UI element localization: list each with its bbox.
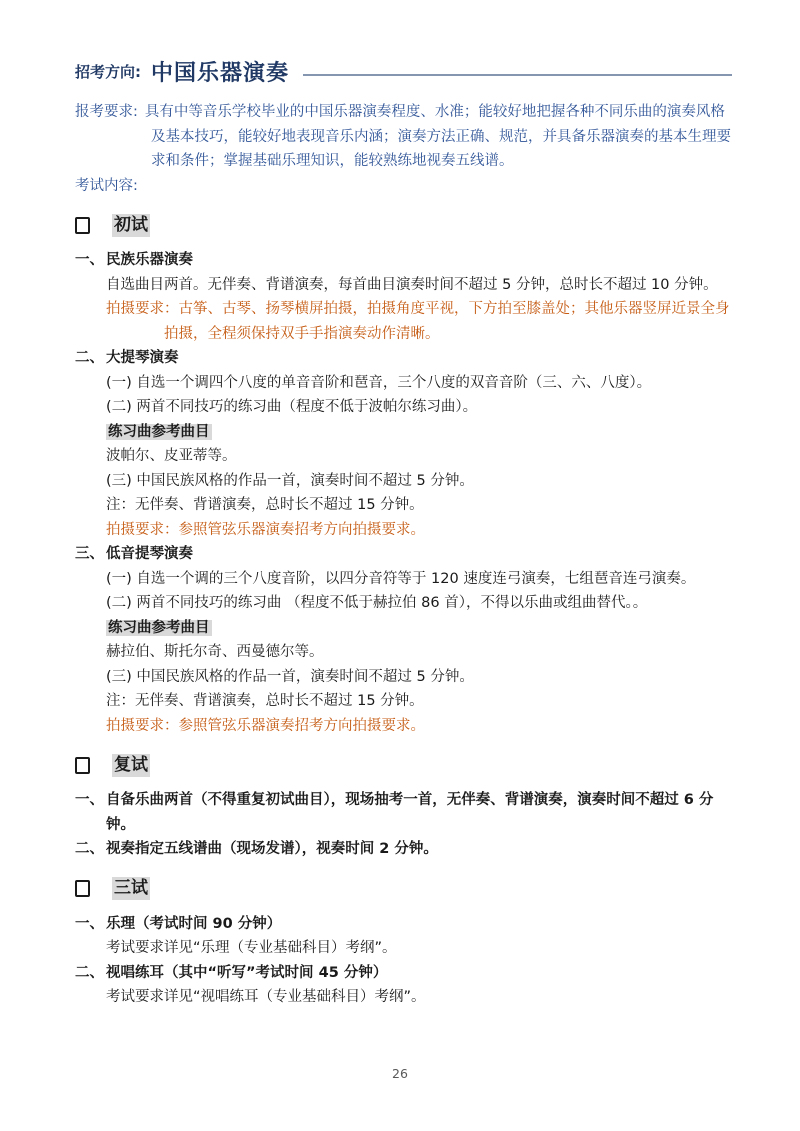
direction-title: 中国乐器演奏 <box>151 56 289 87</box>
body-line: 注：无伴奏、背谱演奏，总时长不超过 15 分钟。 <box>106 689 732 714</box>
exam-content-label: 考试内容: <box>75 174 732 199</box>
item-title: 民族乐器演奏 <box>106 248 732 273</box>
etude-reference-subheading: 练习曲参考曲目 <box>106 620 212 636</box>
body-line: (三) 中国民族风格的作品一首，演奏时间不超过 5 分钟。 <box>106 469 732 494</box>
body-line: (三) 中国民族风格的作品一首，演奏时间不超过 5 分钟。 <box>106 665 732 690</box>
item-title: 大提琴演奏 <box>106 346 732 371</box>
subheading-line: 练习曲参考曲目 <box>106 420 732 445</box>
third-round-item-sightsinging: 二、 视唱练耳（其中“听写”考试时间 45 分钟） <box>75 961 732 986</box>
body-line: (二) 两首不同技巧的练习曲（程度不低于波帕尔练习曲）。 <box>106 395 732 420</box>
item-heading-cello: 二、 大提琴演奏 <box>75 346 732 371</box>
body-line: (一) 自选一个调的三个八度音阶，以四分音符等于 120 速度连弓演奏，七组琶音… <box>106 567 732 592</box>
item-number: 一、 <box>75 248 106 273</box>
header-rule <box>303 74 732 76</box>
second-round-item-2: 二、 视奏指定五线谱曲（现场发谱），视奏时间 2 分钟。 <box>75 837 732 862</box>
shooting-requirement-line: 拍摄要求：参照管弦乐器演奏招考方向拍摄要求。 <box>106 714 732 739</box>
item-title: 视唱练耳（其中“听写”考试时间 45 分钟） <box>106 961 732 986</box>
shooting-requirement-line: 拍摄要求：参照管弦乐器演奏招考方向拍摄要求。 <box>106 518 732 543</box>
section-heading-first-round: 初试 <box>75 212 732 238</box>
body-line: 考试要求详见“乐理（专业基础科目）考纲”。 <box>106 936 732 961</box>
requirements-label: 报考要求: <box>75 104 138 120</box>
subheading-line: 练习曲参考曲目 <box>106 616 732 641</box>
item-number: 一、 <box>75 788 106 837</box>
body-line: (二) 两首不同技巧的练习曲 （程度不低于赫拉伯 86 首），不得以乐曲或组曲替… <box>106 591 732 616</box>
section-heading-third-round: 三试 <box>75 876 732 902</box>
body-line: 自选曲目两首。无伴奏、背谱演奏，每首曲目演奏时间不超过 5 分钟，总时长不超过 … <box>106 273 732 298</box>
section-title-first-round: 初试 <box>112 214 150 237</box>
item-number: 二、 <box>75 961 106 986</box>
square-bullet-icon <box>75 757 90 774</box>
body-line: 考试要求详见“视唱练耳（专业基础科目）考纲”。 <box>106 985 732 1010</box>
application-requirements: 报考要求:具有中等音乐学校毕业的中国乐器演奏程度、水准；能较好地把握各种不同乐曲… <box>75 100 732 174</box>
item-heading-double-bass: 三、 低音提琴演奏 <box>75 542 732 567</box>
direction-label: 招考方向: <box>75 61 141 82</box>
body-line: 赫拉伯、斯托尔奇、西曼德尔等。 <box>106 640 732 665</box>
item-heading-folk-instruments: 一、 民族乐器演奏 <box>75 248 732 273</box>
item-text: 视奏指定五线谱曲（现场发谱），视奏时间 2 分钟。 <box>106 837 732 862</box>
page-content: 招考方向: 中国乐器演奏 报考要求:具有中等音乐学校毕业的中国乐器演奏程度、水准… <box>75 56 732 1010</box>
item-number: 二、 <box>75 346 106 371</box>
second-round-item-1: 一、 自备乐曲两首（不得重复初试曲目），现场抽考一首，无伴奏、背谱演奏，演奏时间… <box>75 788 732 837</box>
shooting-requirement-line: 拍摄要求：古筝、古琴、扬琴横屏拍摄，拍摄角度平视，下方拍至膝盖处；其他乐器竖屏近… <box>106 297 732 346</box>
item-title: 低音提琴演奏 <box>106 542 732 567</box>
section-title-third-round: 三试 <box>112 877 150 900</box>
square-bullet-icon <box>75 880 90 897</box>
item-number: 三、 <box>75 542 106 567</box>
direction-header: 招考方向: 中国乐器演奏 <box>75 56 732 87</box>
body-line: 注：无伴奏、背谱演奏，总时长不超过 15 分钟。 <box>106 493 732 518</box>
section-title-second-round: 复试 <box>112 754 150 777</box>
body-line: 波帕尔、皮亚蒂等。 <box>106 444 732 469</box>
requirements-text: 具有中等音乐学校毕业的中国乐器演奏程度、水准；能较好地把握各种不同乐曲的演奏风格… <box>145 104 731 169</box>
item-title: 乐理（考试时间 90 分钟） <box>106 912 732 937</box>
third-round-item-theory: 一、 乐理（考试时间 90 分钟） <box>75 912 732 937</box>
item-text: 自备乐曲两首（不得重复初试曲目），现场抽考一首，无伴奏、背谱演奏，演奏时间不超过… <box>106 788 732 837</box>
item-number: 二、 <box>75 837 106 862</box>
page-number: 26 <box>0 1066 800 1081</box>
section-heading-second-round: 复试 <box>75 752 732 778</box>
document-page: 招考方向: 中国乐器演奏 报考要求:具有中等音乐学校毕业的中国乐器演奏程度、水准… <box>0 0 800 1131</box>
square-bullet-icon <box>75 217 90 234</box>
item-number: 一、 <box>75 912 106 937</box>
body-line: (一) 自选一个调四个八度的单音音阶和琶音，三个八度的双音音阶（三、六、八度）。 <box>106 371 732 396</box>
etude-reference-subheading: 练习曲参考曲目 <box>106 424 212 440</box>
